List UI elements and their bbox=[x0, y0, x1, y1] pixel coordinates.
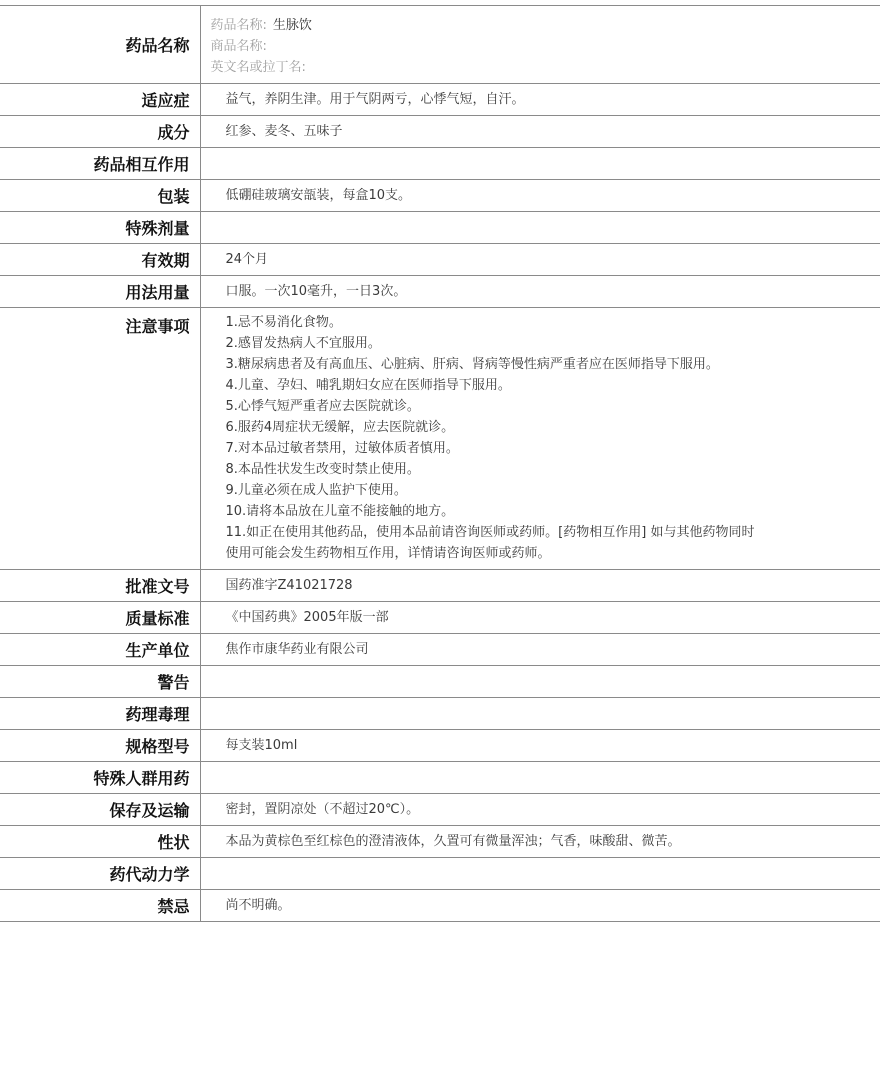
label-drug-name: 药品名称 bbox=[0, 6, 200, 84]
precaution-item: 2.感冒发热病人不宜服用。 bbox=[226, 333, 871, 354]
trade-name-key: 商品名称: bbox=[211, 39, 267, 54]
label-packaging: 包装 bbox=[0, 180, 200, 212]
precaution-item: 3.糖尿病患者及有高血压、心脏病、肝病、肾病等慢性病严重者应在医师指导下服用。 bbox=[226, 354, 871, 375]
row-packaging: 包装 低硼硅玻璃安瓿装，每盒10支。 bbox=[0, 180, 880, 212]
latin-name-key: 英文名或拉丁名: bbox=[211, 60, 306, 75]
drug-spec-table: 药品名称 药品名称:生脉饮 商品名称: 英文名或拉丁名: 适应症 益气，养阴生津… bbox=[0, 5, 880, 922]
row-drug-name: 药品名称 药品名称:生脉饮 商品名称: 英文名或拉丁名: bbox=[0, 6, 880, 84]
value-manufacturer: 焦作市康华药业有限公司 bbox=[200, 634, 880, 666]
value-approval-number: 国药准字Z41021728 bbox=[200, 570, 880, 602]
label-storage: 保存及运输 bbox=[0, 794, 200, 826]
precaution-item: 11.如正在使用其他药品，使用本品前请咨询医师或药师。[药物相互作用] 如与其他… bbox=[226, 522, 766, 564]
row-pharmacology: 药理毒理 bbox=[0, 698, 880, 730]
precaution-item: 4.儿童、孕妇、哺乳期妇女应在医师指导下服用。 bbox=[226, 375, 871, 396]
value-precautions: 1.忌不易消化食物。 2.感冒发热病人不宜服用。 3.糖尿病患者及有高血压、心脏… bbox=[200, 308, 880, 570]
row-shelf-life: 有效期 24个月 bbox=[0, 244, 880, 276]
trade-name-line: 商品名称: bbox=[211, 36, 880, 57]
label-ingredients: 成分 bbox=[0, 116, 200, 148]
precaution-item: 1.忌不易消化食物。 bbox=[226, 312, 871, 333]
generic-name-line: 药品名称:生脉饮 bbox=[211, 15, 880, 36]
value-storage: 密封，置阴凉处（不超过20℃）。 bbox=[200, 794, 880, 826]
label-manufacturer: 生产单位 bbox=[0, 634, 200, 666]
value-pharmacokinetics bbox=[200, 858, 880, 890]
value-pharmacology bbox=[200, 698, 880, 730]
row-warning: 警告 bbox=[0, 666, 880, 698]
value-dosage: 口服。一次10毫升，一日3次。 bbox=[200, 276, 880, 308]
label-pharmacology: 药理毒理 bbox=[0, 698, 200, 730]
row-description: 性状 本品为黄棕色至红棕色的澄清液体，久置可有微量浑浊；气香，味酸甜、微苦。 bbox=[0, 826, 880, 858]
value-ingredients: 红参、麦冬、五味子 bbox=[200, 116, 880, 148]
value-indications: 益气，养阴生津。用于气阴两亏，心悸气短，自汗。 bbox=[200, 84, 880, 116]
value-drug-name: 药品名称:生脉饮 商品名称: 英文名或拉丁名: bbox=[200, 6, 880, 84]
row-special-dosage: 特殊剂量 bbox=[0, 212, 880, 244]
value-quality-standard: 《中国药典》2005年版一部 bbox=[200, 602, 880, 634]
value-special-dosage bbox=[200, 212, 880, 244]
label-indications: 适应症 bbox=[0, 84, 200, 116]
value-special-populations bbox=[200, 762, 880, 794]
precaution-item: 10.请将本品放在儿童不能接触的地方。 bbox=[226, 501, 871, 522]
row-dosage: 用法用量 口服。一次10毫升，一日3次。 bbox=[0, 276, 880, 308]
value-interactions bbox=[200, 148, 880, 180]
label-dosage: 用法用量 bbox=[0, 276, 200, 308]
precaution-item: 6.服药4周症状无缓解，应去医院就诊。 bbox=[226, 417, 871, 438]
label-special-populations: 特殊人群用药 bbox=[0, 762, 200, 794]
row-interactions: 药品相互作用 bbox=[0, 148, 880, 180]
precaution-item: 5.心悸气短严重者应去医院就诊。 bbox=[226, 396, 871, 417]
row-pharmacokinetics: 药代动力学 bbox=[0, 858, 880, 890]
row-indications: 适应症 益气，养阴生津。用于气阴两亏，心悸气短，自汗。 bbox=[0, 84, 880, 116]
label-interactions: 药品相互作用 bbox=[0, 148, 200, 180]
row-storage: 保存及运输 密封，置阴凉处（不超过20℃）。 bbox=[0, 794, 880, 826]
value-warning bbox=[200, 666, 880, 698]
label-shelf-life: 有效期 bbox=[0, 244, 200, 276]
row-contraindications: 禁忌 尚不明确。 bbox=[0, 890, 880, 922]
label-contraindications: 禁忌 bbox=[0, 890, 200, 922]
value-packaging: 低硼硅玻璃安瓿装，每盒10支。 bbox=[200, 180, 880, 212]
label-pharmacokinetics: 药代动力学 bbox=[0, 858, 200, 890]
value-shelf-life: 24个月 bbox=[200, 244, 880, 276]
label-approval-number: 批准文号 bbox=[0, 570, 200, 602]
value-specification: 每支装10ml bbox=[200, 730, 880, 762]
value-contraindications: 尚不明确。 bbox=[200, 890, 880, 922]
label-description: 性状 bbox=[0, 826, 200, 858]
generic-name-value: 生脉饮 bbox=[273, 18, 312, 33]
label-warning: 警告 bbox=[0, 666, 200, 698]
row-quality-standard: 质量标准 《中国药典》2005年版一部 bbox=[0, 602, 880, 634]
value-description: 本品为黄棕色至红棕色的澄清液体，久置可有微量浑浊；气香，味酸甜、微苦。 bbox=[200, 826, 880, 858]
label-special-dosage: 特殊剂量 bbox=[0, 212, 200, 244]
generic-name-key: 药品名称: bbox=[211, 18, 267, 33]
precaution-item: 7.对本品过敏者禁用，过敏体质者慎用。 bbox=[226, 438, 871, 459]
label-specification: 规格型号 bbox=[0, 730, 200, 762]
latin-name-line: 英文名或拉丁名: bbox=[211, 57, 880, 78]
precaution-item: 8.本品性状发生改变时禁止使用。 bbox=[226, 459, 871, 480]
row-approval-number: 批准文号 国药准字Z41021728 bbox=[0, 570, 880, 602]
row-manufacturer: 生产单位 焦作市康华药业有限公司 bbox=[0, 634, 880, 666]
precaution-item: 9.儿童必须在成人监护下使用。 bbox=[226, 480, 871, 501]
row-specification: 规格型号 每支装10ml bbox=[0, 730, 880, 762]
label-precautions: 注意事项 bbox=[0, 308, 200, 570]
label-quality-standard: 质量标准 bbox=[0, 602, 200, 634]
row-special-populations: 特殊人群用药 bbox=[0, 762, 880, 794]
row-ingredients: 成分 红参、麦冬、五味子 bbox=[0, 116, 880, 148]
row-precautions: 注意事项 1.忌不易消化食物。 2.感冒发热病人不宜服用。 3.糖尿病患者及有高… bbox=[0, 308, 880, 570]
